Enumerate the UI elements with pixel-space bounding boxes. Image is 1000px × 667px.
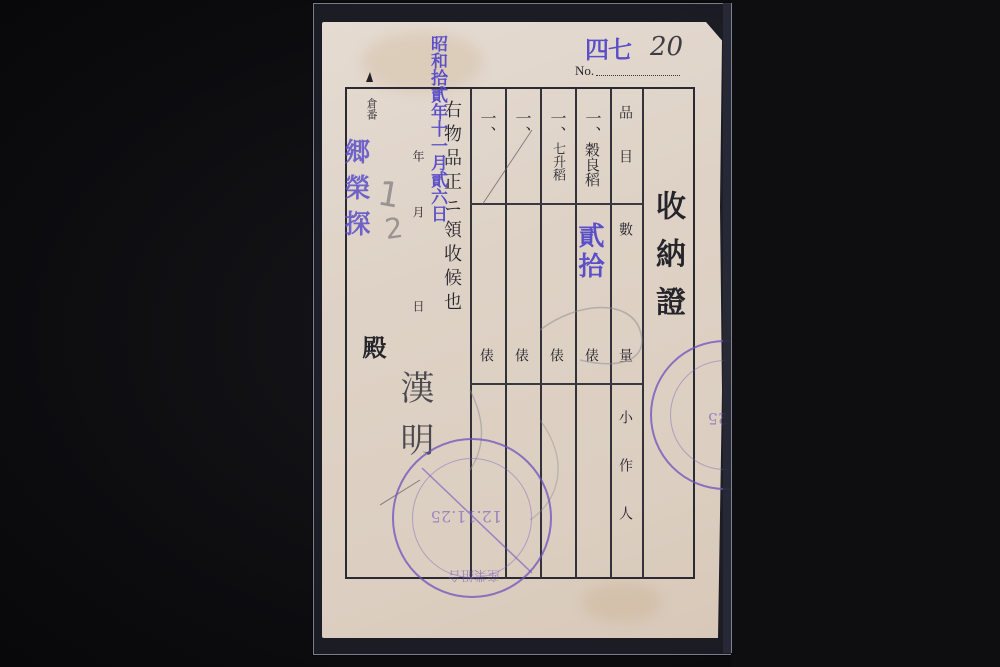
sleeve-right-edge: [723, 3, 732, 653]
seal-diagonal: [392, 438, 552, 598]
backdrop-right: [731, 0, 1000, 667]
